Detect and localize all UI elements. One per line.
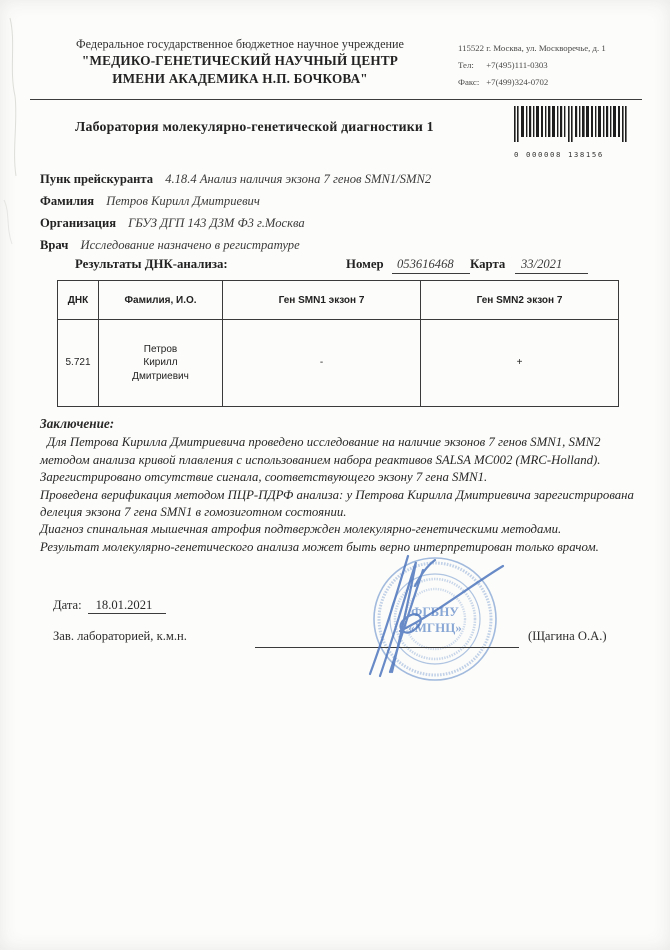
organization-value: ГБУЗ ДГП 143 ДЗМ Ф3 г.Москва	[128, 216, 305, 230]
number-value: 053616468	[392, 257, 470, 274]
conclusion-title: Заключение:	[40, 415, 644, 432]
org-name-line2: "МЕДИКО-ГЕНЕТИЧЕСКИЙ НАУЧНЫЙ ЦЕНТР	[28, 52, 452, 69]
handwritten-signature	[340, 522, 540, 692]
document-page: Федеральное государственное бюджетное на…	[0, 0, 670, 950]
org-header: Федеральное государственное бюджетное на…	[28, 36, 452, 87]
dna-results-table: ДНК Фамилия, И.О. Ген SMN1 экзон 7 Ген S…	[57, 280, 619, 407]
field-price-item: Пунк прейскуранта 4.18.4 Анализ наличия …	[40, 172, 431, 187]
fax-value: +7(499)324-0702	[486, 77, 548, 87]
card-label: Карта	[470, 257, 505, 272]
price-item-label: Пунк прейскуранта	[40, 172, 153, 186]
col-header-dnk: ДНК	[58, 281, 99, 320]
card-value: 33/2021	[515, 257, 588, 274]
field-surname: Фамилия Петров Кирилл Дмитриевич	[40, 194, 260, 209]
barcode-bars	[514, 106, 630, 144]
contact-block: 115522 г. Москва, ул. Москворечье, д. 1 …	[458, 40, 663, 91]
field-organization: Организация ГБУЗ ДГП 143 ДЗМ Ф3 г.Москва	[40, 216, 305, 231]
patient-name-line1: Петров	[100, 343, 221, 357]
table-header-row: ДНК Фамилия, И.О. Ген SMN1 экзон 7 Ген S…	[58, 281, 619, 320]
lab-title: Лаборатория молекулярно-генетической диа…	[75, 119, 434, 135]
lab-head-title: Зав. лабораторией, к.м.н.	[53, 629, 187, 644]
header-divider-line	[30, 99, 642, 100]
organization-label: Организация	[40, 216, 116, 230]
org-address: 115522 г. Москва, ул. Москворечье, д. 1	[458, 40, 663, 57]
doctor-value: Исследование назначено в регистратуре	[80, 238, 299, 252]
price-item-value: 4.18.4 Анализ наличия экзона 7 генов SMN…	[165, 172, 431, 186]
table-row: 5.721 Петров Кирилл Дмитриевич - +	[58, 320, 619, 407]
cell-smn2-result: +	[421, 320, 619, 407]
cell-patient-name: Петров Кирилл Дмитриевич	[99, 320, 223, 407]
date-value: 18.01.2021	[88, 598, 167, 614]
surname-label: Фамилия	[40, 194, 94, 208]
col-header-smn2: Ген SMN2 экзон 7	[421, 281, 619, 320]
number-label: Номер	[346, 257, 384, 272]
org-fax-row: Факс: +7(499)324-0702	[458, 74, 663, 91]
cell-smn1-result: -	[223, 320, 421, 407]
conclusion-paragraph-2: Проведена верификация методом ПЦР-ПДРФ а…	[40, 487, 644, 522]
col-header-smn1: Ген SMN1 экзон 7	[223, 281, 421, 320]
org-phone-row: Тел: +7(495)111-0303	[458, 57, 663, 74]
date-row: Дата:18.01.2021	[53, 598, 166, 613]
org-name-line3: ИМЕНИ АКАДЕМИКА Н.П. БОЧКОВА"	[28, 70, 452, 87]
barcode: 0 000008 138156	[514, 106, 632, 159]
phone-value: +7(495)111-0303	[486, 60, 547, 70]
doctor-label: Врач	[40, 238, 68, 252]
barcode-digits: 0 000008 138156	[514, 150, 632, 159]
phone-label: Тел:	[458, 57, 484, 74]
org-name-line1: Федеральное государственное бюджетное на…	[28, 36, 452, 52]
surname-value: Петров Кирилл Дмитриевич	[106, 194, 260, 208]
patient-name-line3: Дмитриевич	[100, 370, 221, 384]
results-heading: Результаты ДНК-анализа:	[75, 257, 228, 272]
col-header-name: Фамилия, И.О.	[99, 281, 223, 320]
cell-dnk-number: 5.721	[58, 320, 99, 407]
fax-label: Факс:	[458, 74, 484, 91]
patient-name-line2: Кирилл	[100, 356, 221, 370]
field-doctor: Врач Исследование назначено в регистрату…	[40, 238, 300, 253]
date-label: Дата:	[53, 598, 82, 612]
conclusion-paragraph-1: Для Петрова Кирилла Дмитриевича проведен…	[40, 434, 644, 486]
